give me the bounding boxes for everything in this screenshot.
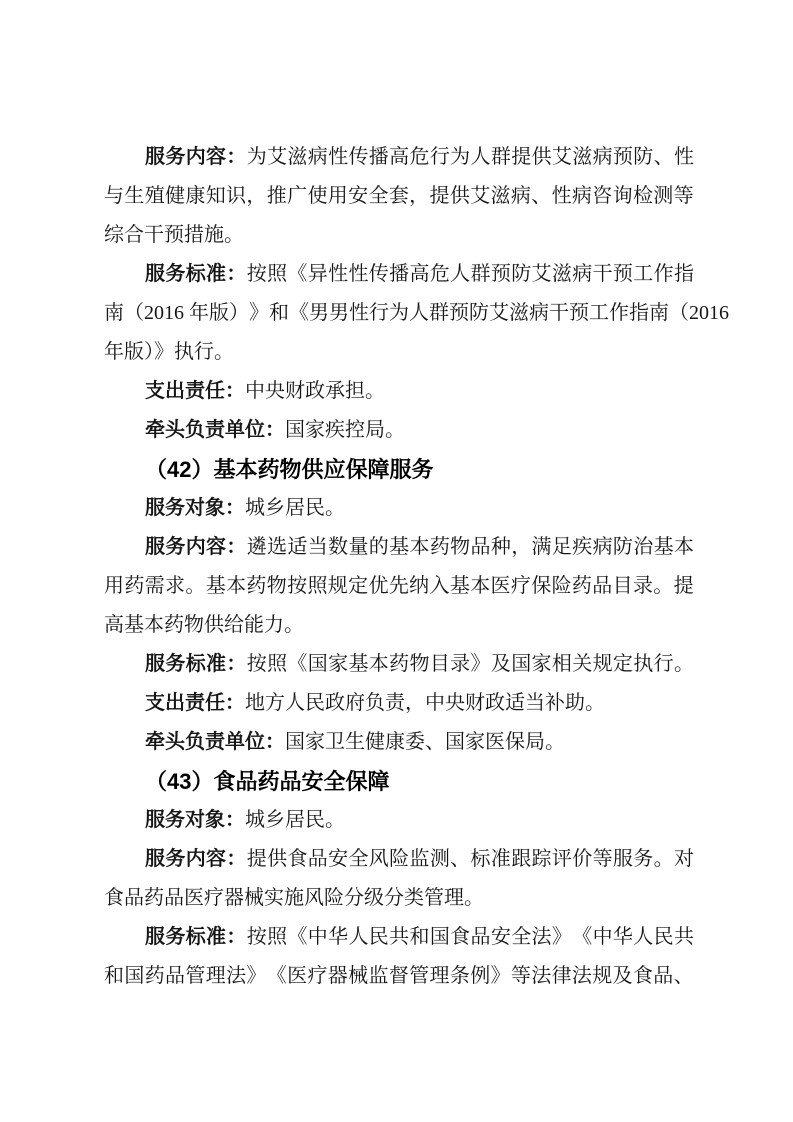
line-text: 疾 bbox=[572, 528, 592, 567]
line-text: 险 bbox=[552, 567, 572, 606]
line-text: 用 bbox=[328, 177, 348, 216]
line-text: 群 bbox=[429, 294, 449, 333]
line-text: 疗 bbox=[307, 957, 327, 996]
line-label: 务 bbox=[165, 645, 185, 684]
line-text: 品 bbox=[165, 957, 185, 996]
line-text: 滋 bbox=[287, 138, 307, 177]
line-text: 入 bbox=[430, 567, 450, 606]
line-label: 容 bbox=[206, 840, 226, 879]
line-text: 华 bbox=[613, 918, 633, 957]
line-text: 价 bbox=[572, 840, 592, 879]
line-text: 共 bbox=[389, 918, 409, 957]
line-label: ： bbox=[226, 645, 246, 684]
line-text: 法 bbox=[532, 918, 552, 957]
line-text: 行 bbox=[654, 645, 674, 684]
line-label: ： bbox=[226, 918, 246, 957]
line-text: 和 bbox=[269, 294, 289, 333]
line-text: 艾 bbox=[489, 294, 509, 333]
line-text: 《 bbox=[289, 294, 309, 333]
line-label: 服务对象： bbox=[145, 497, 245, 519]
text-line: 牵头负责单位：国家疾控局。 bbox=[104, 411, 694, 450]
line-text: 使 bbox=[307, 177, 327, 216]
line-text: 传 bbox=[369, 255, 389, 294]
text-line: 牵头负责单位：国家卫生健康委、国家医保局。 bbox=[104, 723, 694, 762]
line-text: 规 bbox=[328, 567, 348, 606]
line-text: 食 bbox=[450, 918, 470, 957]
line-text: 等 bbox=[674, 177, 694, 216]
line-text: 2016 bbox=[144, 294, 189, 333]
line-text: 律 bbox=[552, 957, 572, 996]
line-text: 评 bbox=[552, 840, 572, 879]
line-text: 疗 bbox=[511, 567, 531, 606]
line-text: 例 bbox=[470, 957, 490, 996]
line-text: 国家疾控局。 bbox=[285, 419, 405, 441]
line-text: 提 bbox=[430, 177, 450, 216]
line-text: 指 bbox=[674, 255, 694, 294]
line-text: 等 bbox=[593, 840, 613, 879]
line-text: （ bbox=[124, 294, 144, 333]
line-text: 踪 bbox=[532, 840, 552, 879]
line-label: 服 bbox=[145, 255, 165, 294]
text-line: 服务标准：按照《中华人民共和国食品安全法》《中华人民共 bbox=[104, 918, 694, 957]
line-text: 南 bbox=[104, 294, 124, 333]
line-text: 殖 bbox=[145, 177, 165, 216]
line-text: 华 bbox=[328, 918, 348, 957]
section-heading: （42）基本药物供应保障服务 bbox=[104, 450, 694, 489]
line-text: 医 bbox=[491, 567, 511, 606]
line-text: 为 bbox=[247, 138, 267, 177]
line-text: 规 bbox=[592, 957, 612, 996]
line-text: 滋 bbox=[552, 255, 572, 294]
paragraph: 支出责任：中央财政承担。 bbox=[104, 372, 694, 411]
line-text: 艾 bbox=[470, 177, 490, 216]
line-text: 照 bbox=[307, 567, 327, 606]
text-line: 用药需求。基本药物按照规定优先纳入基本医疗保险药品目录。提 bbox=[104, 567, 694, 606]
line-text: 基 bbox=[450, 567, 470, 606]
line-text: 、 bbox=[450, 840, 470, 879]
line-text: 按 bbox=[287, 567, 307, 606]
line-text: 危 bbox=[409, 138, 429, 177]
line-text: 按 bbox=[247, 645, 267, 684]
line-text: 中央财政承担。 bbox=[245, 380, 385, 402]
line-text: 优 bbox=[368, 567, 388, 606]
line-text: 艾 bbox=[532, 255, 552, 294]
line-text: 识 bbox=[226, 177, 246, 216]
line-text: 风 bbox=[369, 840, 389, 879]
line-text: 城乡居民。 bbox=[245, 809, 345, 831]
line-text: 供 bbox=[450, 177, 470, 216]
line-text: 人 bbox=[633, 918, 653, 957]
line-text: 国 bbox=[430, 918, 450, 957]
line-text: 治 bbox=[633, 528, 653, 567]
line-text: 广 bbox=[287, 177, 307, 216]
line-text: 对 bbox=[674, 840, 694, 879]
line-label: ： bbox=[226, 528, 246, 567]
line-text: 《 bbox=[287, 255, 307, 294]
line-label: 准 bbox=[206, 918, 226, 957]
line-text: 定 bbox=[348, 567, 368, 606]
line-text: 基 bbox=[348, 645, 368, 684]
line-text: 康 bbox=[185, 177, 205, 216]
line-text: 国家卫生健康委、国家医保局。 bbox=[285, 731, 565, 753]
line-text: 全 bbox=[511, 918, 531, 957]
line-text: （42）基本药物供应保障服务 bbox=[145, 457, 433, 482]
line-text: 。 bbox=[674, 645, 694, 684]
line-text: 预 bbox=[449, 294, 469, 333]
line-label: 内 bbox=[186, 528, 206, 567]
line-text: 适 bbox=[287, 528, 307, 567]
line-text: 医 bbox=[287, 957, 307, 996]
line-text: 险 bbox=[389, 840, 409, 879]
text-line: 和国药品管理法》《医疗器械监督管理条例》等法律法规及食品、 bbox=[104, 957, 694, 996]
line-text: 关 bbox=[572, 645, 592, 684]
line-text: 条 bbox=[450, 957, 470, 996]
section-heading: （43）食品药品安全保障 bbox=[104, 762, 694, 801]
text-line: 服务对象：城乡居民。 bbox=[104, 489, 694, 528]
line-text: 。 bbox=[654, 840, 674, 879]
line-text: 目 bbox=[430, 645, 450, 684]
line-text: 国 bbox=[124, 957, 144, 996]
line-text: 病 bbox=[511, 177, 531, 216]
text-line: 服务内容：遴选适当数量的基本药物品种，满足疾病防治基本 bbox=[104, 528, 694, 567]
line-text: 国 bbox=[308, 645, 328, 684]
line-text: 男 bbox=[309, 294, 329, 333]
line-text: 播 bbox=[389, 255, 409, 294]
paragraph: 服务内容：提供食品安全风险监测、标准跟踪评价等服务。对食品药品医疗器械实施风险分… bbox=[104, 840, 694, 918]
line-label: 服 bbox=[145, 528, 165, 567]
line-label: ： bbox=[226, 255, 246, 294]
line-text: 药 bbox=[124, 567, 144, 606]
line-text: 预 bbox=[491, 255, 511, 294]
line-label: ： bbox=[226, 840, 246, 879]
line-text: 南 bbox=[649, 294, 669, 333]
line-text: 理 bbox=[430, 957, 450, 996]
line-text: （43）食品药品安全保障 bbox=[145, 769, 389, 794]
line-text: 按 bbox=[247, 918, 267, 957]
line-text: 性 bbox=[328, 138, 348, 177]
line-text: 共 bbox=[674, 918, 694, 957]
line-text: ） bbox=[229, 294, 249, 333]
line-text: 品 bbox=[471, 528, 491, 567]
line-text: 滋 bbox=[491, 177, 511, 216]
line-text: 器 bbox=[328, 957, 348, 996]
line-text: 品 bbox=[592, 567, 612, 606]
line-text: 按 bbox=[247, 255, 267, 294]
line-text: 套 bbox=[389, 177, 409, 216]
text-line: 服务标准：按照《国家基本药物目录》及国家相关规定执行。 bbox=[104, 645, 694, 684]
document-page: 服务内容：为艾滋病性传播高危行为人群提供艾滋病预防、性与生殖健康知识，推广使用安… bbox=[0, 0, 793, 1122]
line-text: 定 bbox=[613, 645, 633, 684]
line-text: 用 bbox=[104, 567, 124, 606]
line-text: 品 bbox=[653, 957, 673, 996]
line-text: ， bbox=[246, 177, 266, 216]
text-line: （42）基本药物供应保障服务 bbox=[104, 450, 694, 489]
line-text: 测 bbox=[430, 840, 450, 879]
line-text: 年 bbox=[189, 294, 209, 333]
line-text: 保 bbox=[531, 567, 551, 606]
line-label: 服 bbox=[145, 645, 165, 684]
line-text: 性 bbox=[348, 255, 368, 294]
line-text: 健 bbox=[165, 177, 185, 216]
line-label: 务 bbox=[165, 840, 185, 879]
line-text: 与 bbox=[104, 177, 124, 216]
line-text: 滋 bbox=[509, 294, 529, 333]
line-text: 工 bbox=[633, 255, 653, 294]
line-text: 艾 bbox=[267, 138, 287, 177]
line-text: 防 bbox=[633, 138, 653, 177]
line-text: 生 bbox=[124, 177, 144, 216]
line-text: 询 bbox=[613, 177, 633, 216]
line-text: 群 bbox=[471, 255, 491, 294]
line-text: 高 bbox=[389, 138, 409, 177]
paragraph: 服务标准：按照《国家基本药物目录》及国家相关规定执行。 bbox=[104, 645, 694, 684]
line-text: 《 bbox=[287, 645, 307, 684]
line-label: 牵头负责单位： bbox=[145, 731, 285, 753]
line-text: 人 bbox=[450, 255, 470, 294]
paragraph: 服务标准：按照《中华人民共和国食品安全法》《中华人民共和国药品管理法》《医疗器械… bbox=[104, 918, 694, 996]
line-text: 性 bbox=[349, 294, 369, 333]
line-text: 药 bbox=[145, 957, 165, 996]
line-text: 全 bbox=[348, 840, 368, 879]
line-text: 全 bbox=[368, 177, 388, 216]
line-text: 安 bbox=[348, 177, 368, 216]
line-text: 病 bbox=[572, 255, 592, 294]
line-text: 性 bbox=[674, 138, 694, 177]
line-text: 食 bbox=[633, 957, 653, 996]
line-text: 务 bbox=[633, 840, 653, 879]
line-text: 纳 bbox=[409, 567, 429, 606]
line-text: ， bbox=[511, 528, 531, 567]
line-text: 人 bbox=[348, 918, 368, 957]
line-text: 》 bbox=[491, 957, 511, 996]
line-text: 作 bbox=[609, 294, 629, 333]
line-text: 综合干预措施。 bbox=[104, 224, 244, 246]
line-text: 遴 bbox=[247, 528, 267, 567]
line-text: 选 bbox=[267, 528, 287, 567]
text-line: 服务内容：为艾滋病性传播高危行为人群提供艾滋病预防、性 bbox=[104, 138, 694, 177]
line-text: 执 bbox=[633, 645, 653, 684]
line-text: 足 bbox=[552, 528, 572, 567]
text-line: 南（2016 年版）》和《男男性行为人群预防艾滋病干预工作指南（2016 bbox=[104, 294, 694, 333]
line-text: 安 bbox=[328, 840, 348, 879]
line-text: 城乡居民。 bbox=[245, 497, 345, 519]
line-text: 传 bbox=[348, 138, 368, 177]
line-text: 药 bbox=[389, 645, 409, 684]
line-text: 需 bbox=[145, 567, 165, 606]
line-text: 《 bbox=[572, 918, 592, 957]
line-label: 务 bbox=[165, 138, 185, 177]
line-text: 安 bbox=[491, 918, 511, 957]
line-text: 艾 bbox=[552, 138, 572, 177]
line-text: 提 bbox=[674, 567, 694, 606]
line-text: 本 bbox=[674, 528, 694, 567]
paragraph: 服务标准：按照《异性性传播高危人群预防艾滋病干预工作指南（2016 年版）》和《… bbox=[104, 255, 694, 372]
line-text: 防 bbox=[613, 528, 633, 567]
line-text: 。 bbox=[185, 567, 205, 606]
line-text: 家 bbox=[328, 645, 348, 684]
line-text: 推 bbox=[267, 177, 287, 216]
line-text: 知 bbox=[206, 177, 226, 216]
line-label: 牵头负责单位： bbox=[145, 419, 285, 441]
line-text: 管 bbox=[409, 957, 429, 996]
text-line: 服务内容：提供食品安全风险监测、标准跟踪评价等服务。对 bbox=[104, 840, 694, 879]
line-text: 及 bbox=[613, 957, 633, 996]
line-text: 、 bbox=[674, 957, 694, 996]
line-text: 准 bbox=[491, 840, 511, 879]
line-text: 性 bbox=[328, 255, 348, 294]
line-text: 的 bbox=[369, 528, 389, 567]
line-text: 提 bbox=[247, 840, 267, 879]
line-text: 》 bbox=[552, 918, 572, 957]
line-text: 监 bbox=[368, 957, 388, 996]
line-text: 人 bbox=[471, 138, 491, 177]
line-label: 准 bbox=[206, 645, 226, 684]
line-text: 品 bbox=[471, 918, 491, 957]
paragraph: 服务内容：遴选适当数量的基本药物品种，满足疾病防治基本用药需求。基本药物按照规定… bbox=[104, 528, 694, 645]
line-text: 当 bbox=[308, 528, 328, 567]
paragraph: 牵头负责单位：国家卫生健康委、国家医保局。 bbox=[104, 723, 694, 762]
line-text: 录 bbox=[450, 645, 470, 684]
line-text: 满 bbox=[532, 528, 552, 567]
line-text: 中 bbox=[308, 918, 328, 957]
line-text: 标 bbox=[471, 840, 491, 879]
line-label: 标 bbox=[186, 255, 206, 294]
text-line: 综合干预措施。 bbox=[104, 216, 694, 255]
line-text: 》 bbox=[471, 645, 491, 684]
line-text: 食品药品医疗器械实施风险分级分类管理。 bbox=[104, 887, 484, 909]
line-text: 相 bbox=[552, 645, 572, 684]
line-text: 行 bbox=[369, 294, 389, 333]
line-text: 跟 bbox=[511, 840, 531, 879]
line-text: 预 bbox=[613, 255, 633, 294]
line-text: 人 bbox=[409, 294, 429, 333]
line-text: 物 bbox=[450, 528, 470, 567]
text-line: 与生殖健康知识，推广使用安全套，提供艾滋病、性病咨询检测等 bbox=[104, 177, 694, 216]
line-text: 《 bbox=[267, 957, 287, 996]
line-text: 测 bbox=[653, 177, 673, 216]
line-label: 内 bbox=[186, 138, 206, 177]
line-text: 照 bbox=[267, 645, 287, 684]
line-text: 性 bbox=[552, 177, 572, 216]
line-text: 病 bbox=[593, 138, 613, 177]
line-text: 法 bbox=[226, 957, 246, 996]
line-text: 2016 bbox=[689, 294, 729, 333]
line-text: 基 bbox=[389, 528, 409, 567]
text-line: 食品药品医疗器械实施风险分级分类管理。 bbox=[104, 879, 694, 918]
document-content: 服务内容：为艾滋病性传播高危行为人群提供艾滋病预防、性与生殖健康知识，推广使用安… bbox=[104, 138, 694, 996]
line-label: 务 bbox=[165, 255, 185, 294]
line-text: 干 bbox=[549, 294, 569, 333]
line-label: 容 bbox=[206, 138, 226, 177]
line-text: 药 bbox=[572, 567, 592, 606]
line-label: 准 bbox=[206, 255, 226, 294]
paragraph: 服务对象：城乡居民。 bbox=[104, 801, 694, 840]
line-text: 病 bbox=[572, 177, 592, 216]
line-text: 高基本药物供给能力。 bbox=[104, 614, 304, 636]
line-text: 工 bbox=[589, 294, 609, 333]
line-label: 标 bbox=[186, 645, 206, 684]
line-label: 务 bbox=[165, 918, 185, 957]
line-text: 种 bbox=[491, 528, 511, 567]
line-text: 数 bbox=[328, 528, 348, 567]
line-text: 本 bbox=[470, 567, 490, 606]
line-text: 防 bbox=[469, 294, 489, 333]
line-text: 为 bbox=[450, 138, 470, 177]
line-text: 和 bbox=[104, 957, 124, 996]
line-text: 防 bbox=[511, 255, 531, 294]
line-text: 播 bbox=[369, 138, 389, 177]
line-text: 物 bbox=[409, 645, 429, 684]
line-text: 病 bbox=[529, 294, 549, 333]
line-text: 先 bbox=[389, 567, 409, 606]
line-label: 支出责任： bbox=[145, 380, 245, 402]
line-text: 中 bbox=[593, 918, 613, 957]
line-text: 为 bbox=[389, 294, 409, 333]
line-label: 服 bbox=[145, 918, 165, 957]
line-text: 监 bbox=[409, 840, 429, 879]
line-text: 供 bbox=[532, 138, 552, 177]
line-text: 管 bbox=[185, 957, 205, 996]
line-text: 》 bbox=[246, 957, 266, 996]
line-text: 本 bbox=[226, 567, 246, 606]
line-text: 录 bbox=[633, 567, 653, 606]
line-text: 、 bbox=[531, 177, 551, 216]
text-line: 高基本药物供给能力。 bbox=[104, 606, 694, 645]
line-text: 本 bbox=[409, 528, 429, 567]
line-text: 高 bbox=[409, 255, 429, 294]
line-text: （ bbox=[669, 294, 689, 333]
paragraph: 服务内容：为艾滋病性传播高危行为人群提供艾滋病预防、性与生殖健康知识，推广使用安… bbox=[104, 138, 694, 255]
line-text: 物 bbox=[267, 567, 287, 606]
line-text: 法 bbox=[531, 957, 551, 996]
paragraph: 牵头负责单位：国家疾控局。 bbox=[104, 411, 694, 450]
line-text: 危 bbox=[430, 255, 450, 294]
line-label: 服 bbox=[145, 840, 165, 879]
line-text: 法 bbox=[572, 957, 592, 996]
line-text: 及 bbox=[491, 645, 511, 684]
line-text: 咨 bbox=[592, 177, 612, 216]
text-line: 年版）》执行。 bbox=[104, 333, 694, 372]
line-label: ： bbox=[226, 138, 246, 177]
line-text: 服 bbox=[613, 840, 633, 879]
line-text: 理 bbox=[206, 957, 226, 996]
paragraph: 支出责任：地方人民政府负责，中央财政适当补助。 bbox=[104, 684, 694, 723]
line-label: 服务对象： bbox=[145, 809, 245, 831]
line-text: 和 bbox=[409, 918, 429, 957]
text-line: 服务对象：城乡居民。 bbox=[104, 801, 694, 840]
text-line: 支出责任：中央财政承担。 bbox=[104, 372, 694, 411]
line-label: 标 bbox=[186, 918, 206, 957]
line-text: 供 bbox=[267, 840, 287, 879]
line-label: 服 bbox=[145, 138, 165, 177]
line-label: 支出责任： bbox=[145, 692, 245, 714]
line-text: 地方人民政府负责，中央财政适当补助。 bbox=[245, 692, 605, 714]
line-text: 检 bbox=[633, 177, 653, 216]
paragraph: 服务对象：城乡居民。 bbox=[104, 489, 694, 528]
line-label: 内 bbox=[186, 840, 206, 879]
line-text: 作 bbox=[654, 255, 674, 294]
line-text: 药 bbox=[246, 567, 266, 606]
line-text: 、 bbox=[654, 138, 674, 177]
text-line: （43）食品药品安全保障 bbox=[104, 762, 694, 801]
line-text: 异 bbox=[308, 255, 328, 294]
line-text: 照 bbox=[267, 918, 287, 957]
line-text: 求 bbox=[165, 567, 185, 606]
line-text: 》 bbox=[249, 294, 269, 333]
line-text: 本 bbox=[369, 645, 389, 684]
line-text: 年版）》执行。 bbox=[104, 341, 234, 363]
line-text: 民 bbox=[369, 918, 389, 957]
